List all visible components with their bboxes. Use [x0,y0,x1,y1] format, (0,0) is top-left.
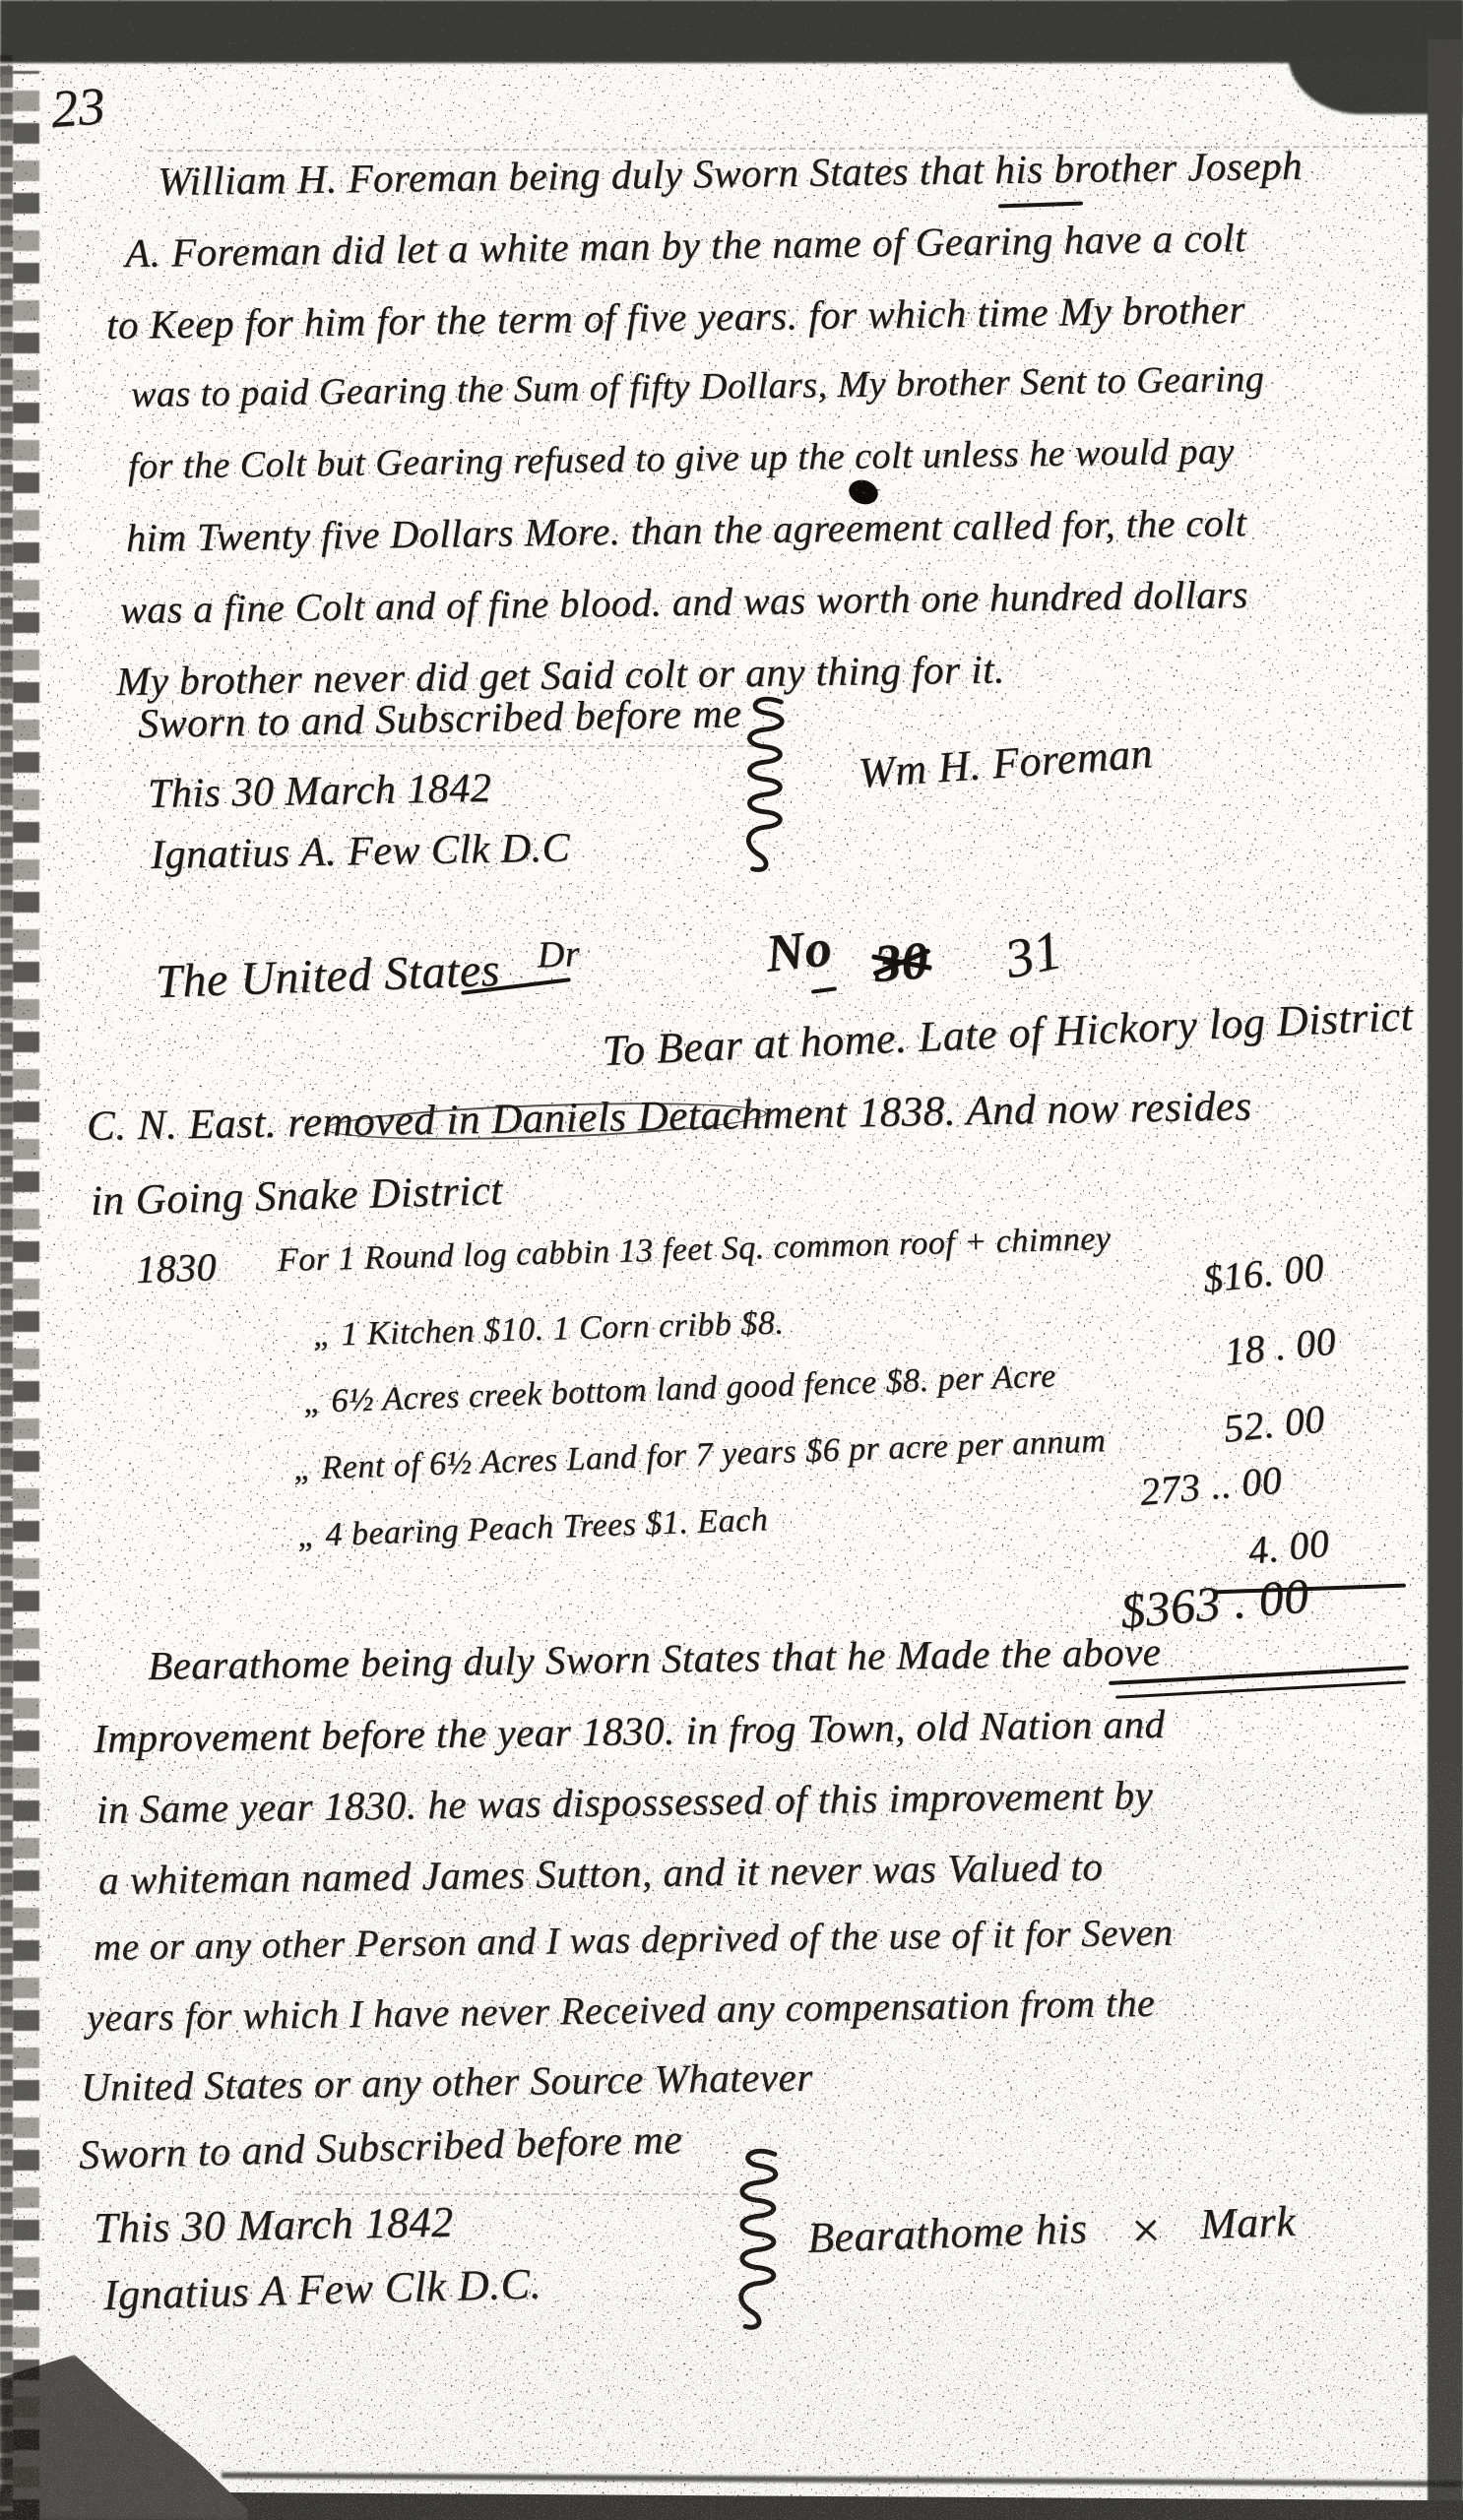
affidavit-line: me or any other Person and I was deprive… [94,1911,1174,1970]
account-year: 1830 [135,1243,218,1292]
account-heading-text: The United States [155,944,500,1008]
attestation-brace-icon [736,694,797,881]
ink-blot [846,476,881,508]
attestation-brace-icon [729,2124,792,2361]
deponent-signature-name: Bearathome his [806,2204,1088,2262]
account-debtor-line: To Bear at home. Late of Hickory log Dis… [602,990,1414,1076]
witness-signature: Wm H. Foreman [857,727,1154,798]
total-underline [1115,1680,1406,1698]
deponent-signature: Bearathome his × Mark [806,2190,1297,2265]
faint-rule [231,745,753,747]
binding-edge-left-streaks [13,71,39,2520]
case-number-value: 31 [999,918,1067,991]
attestation-clerk-line: Ignatius A. Few Clk D.C [151,825,571,879]
affidavit-line: to Keep for him for the term of five yea… [106,285,1245,348]
affidavit-line: him Twenty five Dollars More. than the a… [126,499,1247,561]
account-item-description: „ Rent of 6½ Acres Land for 7 years $6 p… [292,1422,1107,1488]
attestation-sworn-line: Sworn to and Subscribed before me [78,2116,682,2179]
attestation-date-line: This 30 March 1842 [94,2197,454,2253]
page-number: 23 [49,75,107,140]
page-bottom-edge-line [222,2473,1463,2488]
faint-rule [295,2193,768,2195]
account-debit-abbrev: Dr [537,933,581,976]
affidavit-line: was to paid Gearing the Sum of fifty Dol… [131,357,1265,416]
affidavit-line: years for which I have never Received an… [87,1980,1156,2041]
affidavit-line: in Same year 1830. he was dispossessed o… [96,1771,1154,1833]
attestation-date-line: This 30 March 1842 [148,765,492,818]
scan-edge-top [0,0,1463,63]
affidavit-line: was a fine Colt and of fine blood. and w… [120,571,1248,633]
account-item-description: „ 4 bearing Peach Trees $1. Each [296,1501,768,1555]
case-number-struck: 30 [872,929,930,994]
scanned-document-page: 23 William H. Foreman being duly Sworn S… [0,0,1463,2520]
account-residence-line: in Going Snake District [90,1166,503,1226]
case-number-underline [811,986,837,994]
account-item-amount: 4. 00 [1246,1520,1332,1574]
account-item-amount: $16. 00 [1201,1243,1327,1302]
attestation-clerk-line: Ignatius A Few Clk D.C. [102,2258,541,2320]
account-item-description: For 1 Round log cabbin 13 feet Sq. commo… [278,1221,1112,1280]
deponent-signature-suffix: Mark [1199,2197,1297,2248]
affidavit-line: Improvement before the year 1830. in fro… [94,1700,1166,1762]
affidavit-line: A. Foreman did let a white man by the na… [125,214,1246,277]
affidavit-line: United States or any other Source Whatev… [81,2053,813,2110]
binding-edge-left [0,55,13,2520]
case-number-prefix: No [763,916,835,984]
affidavit-line: for the Colt but Gearing refused to give… [128,429,1235,488]
account-item-description: „ 6½ Acres creek bottom land good fence … [302,1357,1056,1421]
account-heading: The United States Dr [155,932,581,1009]
account-residence-line: C. N. East. removed in Daniels Detachmen… [87,1082,1252,1151]
strikethrough-mark [998,202,1083,209]
attestation-sworn-line: Sworn to and Subscribed before me [138,690,742,748]
affidavit-line: Bearathome being duly Sworn States that … [148,1628,1162,1689]
account-item-amount: 273 .. 00 [1138,1456,1284,1514]
his-mark-x-icon: × [1127,2202,1165,2259]
account-item-description: „ 1 Kitchen $10. 1 Corn cribb $8. [313,1304,785,1354]
scan-edge-right [1428,39,1463,2520]
affidavit-line: a whiteman named James Sutton, and it ne… [98,1843,1104,1904]
account-item-amount: 18 . 00 [1223,1317,1339,1375]
account-item-amount: 52. 00 [1222,1395,1327,1452]
